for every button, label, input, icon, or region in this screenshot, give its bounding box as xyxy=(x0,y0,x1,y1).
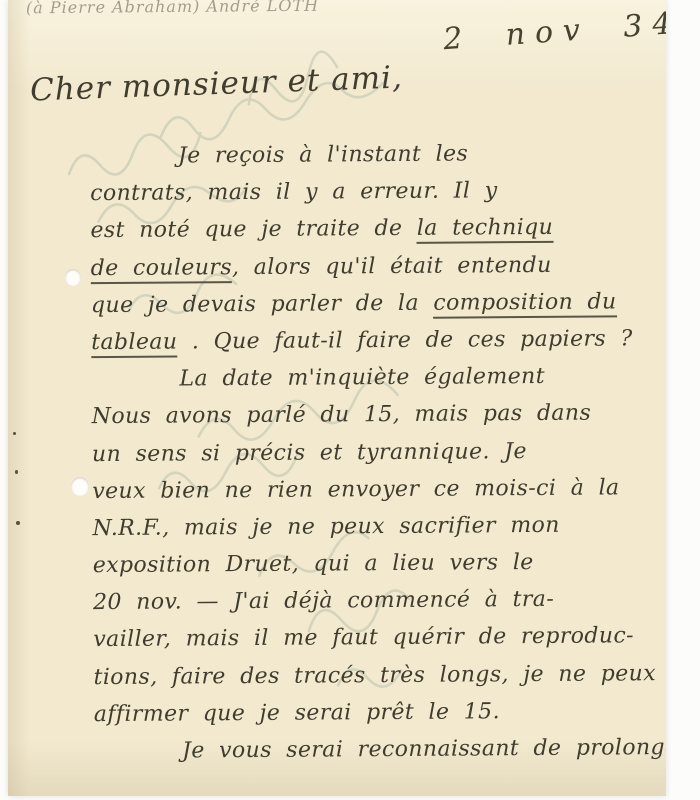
letter-line: affirmer que je serai prêt le 15. xyxy=(94,692,666,733)
letter-line: Je vous serai reconnaissant de prolonge xyxy=(94,729,666,770)
letter-line: tions, faire des tracés très longs, je n… xyxy=(93,655,666,696)
letter-line: 20 nov. — J'ai déjà commencé à tra- xyxy=(93,580,666,621)
handwritten-text: . Que faut-il faire de ces papiers ? xyxy=(177,326,632,354)
handwritten-text: exposition Druet, qui a lieu vers le xyxy=(93,550,534,578)
paper-speck xyxy=(16,521,20,525)
letter-line: un sens si précis et tyrannique. Je xyxy=(92,431,666,472)
handwritten-text: contrats, mais il y a erreur. Il y xyxy=(90,178,497,206)
letter-line: exposition Druet, qui a lieu vers le xyxy=(93,543,666,584)
punch-hole-bottom xyxy=(71,477,89,496)
handwritten-text: vailler, mais il me faut quérir de repro… xyxy=(93,624,634,653)
scan-background: (à Pierre Abraham) André LOTH 2 nov 34 C… xyxy=(0,0,700,800)
letter-page: (à Pierre Abraham) André LOTH 2 nov 34 C… xyxy=(8,0,666,796)
punch-hole-top xyxy=(65,269,81,286)
handwritten-text: La date m'inquiète également xyxy=(179,364,545,392)
handwritten-text: Nous avons parlé du 15, mais pas dans xyxy=(92,401,592,429)
handwritten-text: 20 nov. — J'ai déjà commencé à tra- xyxy=(93,587,554,615)
handwritten-text: veux bien ne rien envoyer ce mois-ci à l… xyxy=(92,475,619,504)
letter-line: veux bien ne rien envoyer ce mois-ci à l… xyxy=(92,469,666,510)
handwritten-text: est noté que je traite de xyxy=(90,216,417,243)
letter-salutation: Cher monsieur et ami, xyxy=(29,60,403,109)
handwritten-text: tions, faire des tracés très longs, je n… xyxy=(93,661,656,690)
letter-date: 2 nov 34 xyxy=(442,6,666,58)
handwritten-text: affirmer que je serai prêt le 15. xyxy=(94,699,500,727)
letter-line: vailler, mais il me faut quérir de repro… xyxy=(93,617,666,658)
letter-body: Je reçois à l'instant lescontrats, mais … xyxy=(90,134,666,770)
letter-line: Nous avons parlé du 15, mais pas dans xyxy=(92,394,666,435)
handwritten-text: Je reçois à l'instant les xyxy=(178,141,468,168)
handwritten-text: Je vous serai reconnaissant de prolonge xyxy=(182,735,666,763)
letter-line: tableau . Que faut-il faire de ces papie… xyxy=(91,320,666,361)
pencil-annotation: (à Pierre Abraham) André LOTH xyxy=(26,0,319,17)
letter-line: de couleurs, alors qu'il était entendu xyxy=(91,245,666,286)
letter-line: contrats, mais il y a erreur. Il y xyxy=(90,171,666,212)
underlined-phrase: de couleurs xyxy=(91,255,232,284)
underlined-phrase: composition du xyxy=(433,289,616,318)
handwritten-text: que je devais parler de la xyxy=(91,290,434,317)
paper-speck xyxy=(13,432,16,435)
underlined-phrase: la techniqu xyxy=(417,215,554,244)
letter-line: N.R.F., mais je ne peux sacrifier mon xyxy=(92,506,666,547)
letter-line: que je devais parler de la composition d… xyxy=(91,283,666,324)
letter-line: La date m'inquiète également xyxy=(91,357,666,398)
underlined-phrase: tableau xyxy=(91,329,177,358)
letter-line: Je reçois à l'instant les xyxy=(90,134,666,175)
handwritten-text: un sens si précis et tyrannique. Je xyxy=(92,439,527,467)
letter-line: est noté que je traite de la techniqu xyxy=(90,208,666,249)
paper-speck xyxy=(15,470,18,474)
handwritten-text: N.R.F., mais je ne peux sacrifier mon xyxy=(92,513,559,541)
handwritten-text: , alors qu'il était entendu xyxy=(232,252,552,279)
